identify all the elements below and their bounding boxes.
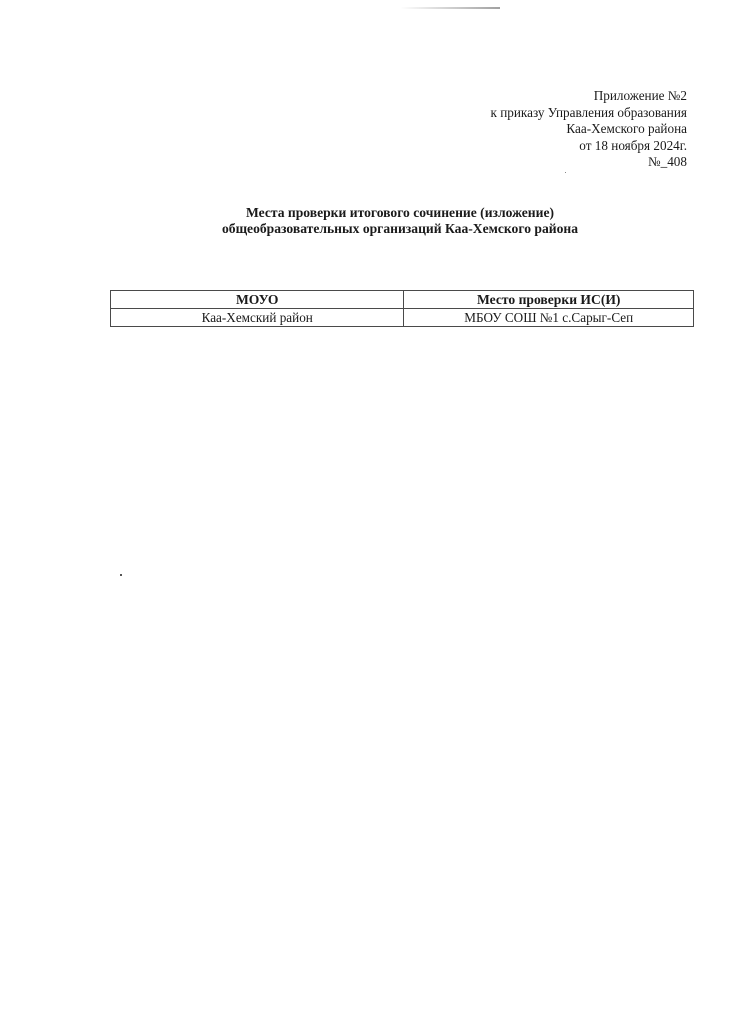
appendix-number: Приложение №2	[490, 88, 687, 105]
places-table: МОУО Место проверки ИС(И) Каа-Хемский ра…	[110, 290, 694, 327]
cell-mouo: Каа-Хемский район	[111, 309, 404, 327]
title-line-2: общеобразовательных организаций Каа-Хемс…	[0, 221, 744, 237]
scan-speck	[565, 172, 566, 173]
scan-speck	[120, 574, 122, 576]
title-line-1: Места проверки итогового сочинение (изло…	[0, 205, 744, 221]
cell-check-place: МБОУ СОШ №1 с.Сарыг-Сеп	[404, 309, 694, 327]
table-header-row: МОУО Место проверки ИС(И)	[111, 291, 694, 309]
header-mouo: МОУО	[111, 291, 404, 309]
header-check-place: Место проверки ИС(И)	[404, 291, 694, 309]
appendix-reference: Приложение №2 к приказу Управления образ…	[490, 88, 687, 171]
appendix-order-ref: к приказу Управления образования	[490, 105, 687, 122]
document-title: Места проверки итогового сочинение (изло…	[0, 205, 744, 237]
scan-artifact-line	[400, 7, 500, 9]
table-row: Каа-Хемский район МБОУ СОШ №1 с.Сарыг-Се…	[111, 309, 694, 327]
appendix-order-number: №_408	[490, 154, 687, 171]
appendix-district: Каа-Хемского района	[490, 121, 687, 138]
appendix-date: от 18 ноября 2024г.	[490, 138, 687, 155]
